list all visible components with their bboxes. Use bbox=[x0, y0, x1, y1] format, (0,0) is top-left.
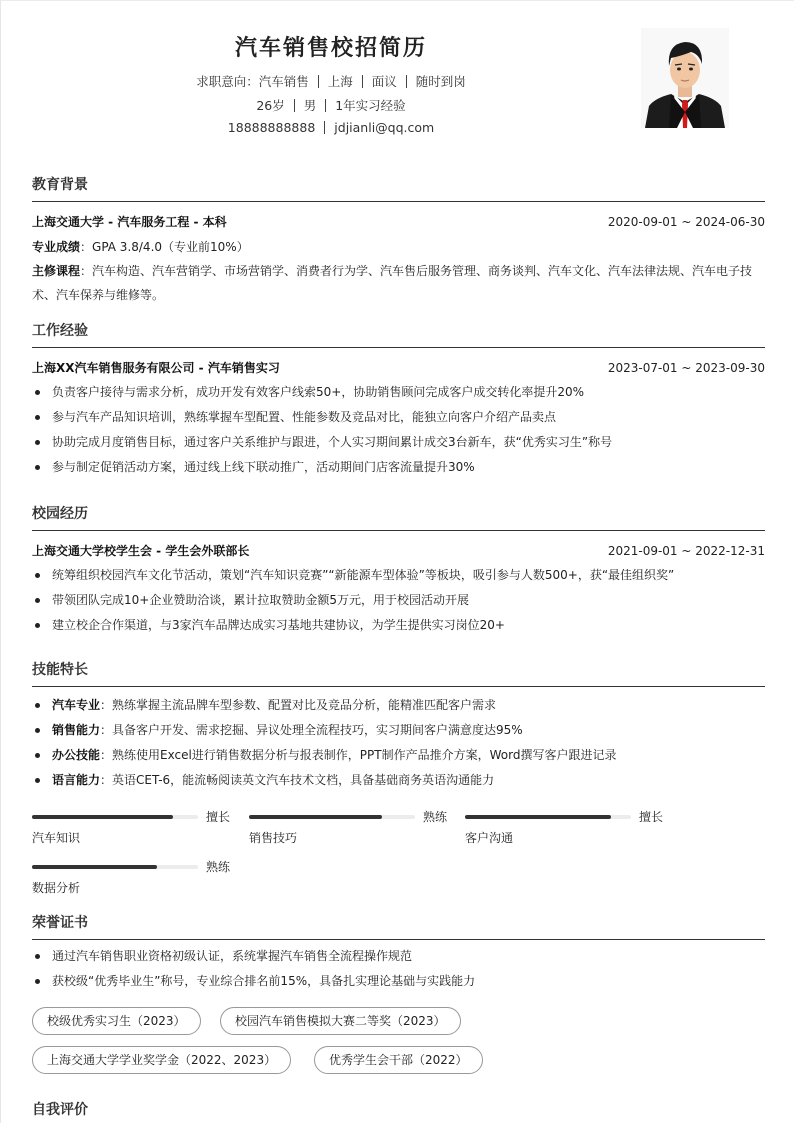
section-skills: 技能特长 汽车专业：熟练掌握主流品牌车型参数、配置对比及竞品分析，能精准匹配客户… bbox=[32, 660, 765, 793]
resume-page: 汽车销售校招简历 求职意向：汽车销售上海面议随时到岗 26岁男1年实习经验 18… bbox=[0, 0, 794, 1123]
skill-label: 办公技能 bbox=[52, 748, 100, 762]
skill-name: 数据分析 bbox=[32, 879, 80, 896]
person-portrait-icon bbox=[641, 28, 729, 128]
skill-level: 擅长 bbox=[639, 808, 663, 825]
section-divider bbox=[32, 686, 765, 687]
skill-text: ：熟练掌握主流品牌车型参数、配置对比及竞品分析，能精准匹配客户需求 bbox=[100, 698, 496, 712]
list-item: 语言能力：英语CET-6，能流畅阅读英文汽车技术文档，具备基础商务英语沟通能力 bbox=[32, 768, 765, 793]
list-item: 通过汽车销售职业资格初级认证，系统掌握汽车销售全流程操作规范 bbox=[32, 944, 765, 969]
skill-level: 擅长 bbox=[206, 808, 230, 825]
list-item: 参与汽车产品知识培训，熟练掌握车型配置、性能参数及竞品对比，能独立向客户介绍产品… bbox=[32, 405, 765, 430]
avatar-photo bbox=[641, 28, 729, 128]
education-heading: 上海交通大学 - 汽车服务工程 - 本科 bbox=[32, 213, 227, 231]
honors-bullets: 通过汽车销售职业资格初级认证，系统掌握汽车销售全流程操作规范 获校级“优秀毕业生… bbox=[32, 944, 765, 994]
gender: 男 bbox=[304, 98, 317, 113]
section-divider bbox=[32, 347, 765, 348]
courses-label: 主修课程 bbox=[32, 264, 80, 278]
skill-bar-item: 擅长 汽车知识 bbox=[32, 810, 232, 850]
skill-bar-fill bbox=[32, 865, 157, 869]
skill-bar-track bbox=[249, 815, 415, 819]
skill-level: 熟练 bbox=[206, 858, 230, 875]
work-bullets: 负责客户接待与需求分析，成功开发有效客户线索50+，协助销售顾问完成客户成交转化… bbox=[32, 380, 765, 480]
honor-tag: 校园汽车销售模拟大赛二等奖（2023） bbox=[220, 1007, 461, 1035]
skill-level: 熟练 bbox=[423, 808, 447, 825]
job-intent-line: 求职意向：汽车销售上海面议随时到岗 bbox=[1, 72, 661, 90]
honor-tag: 上海交通大学学业奖学金（2022、2023） bbox=[32, 1046, 291, 1074]
gpa-value: ：GPA 3.8/4.0（专业前10%） bbox=[80, 240, 249, 254]
skill-name: 销售技巧 bbox=[249, 829, 297, 846]
list-item: 建立校企合作渠道，与3家汽车品牌达成实习基地共建协议，为学生提供实习岗位20+ bbox=[32, 613, 765, 638]
divider bbox=[362, 75, 363, 88]
list-item: 带领团队完成10+企业赞助洽谈，累计拉取赞助金额5万元，用于校园活动开展 bbox=[32, 588, 765, 613]
section-title: 工作经验 bbox=[32, 321, 765, 341]
list-item: 汽车专业：熟练掌握主流品牌车型参数、配置对比及竞品分析，能精准匹配客户需求 bbox=[32, 693, 765, 718]
gpa-label: 专业成绩 bbox=[32, 240, 80, 254]
age: 26岁 bbox=[256, 98, 284, 113]
campus-heading: 上海交通大学校学生会 - 学生会外联部长 bbox=[32, 542, 249, 560]
list-item: 获校级“优秀毕业生”称号，专业综合排名前15%，具备扎实理论基础与实践能力 bbox=[32, 969, 765, 994]
divider bbox=[325, 99, 326, 112]
section-divider bbox=[32, 530, 765, 531]
availability: 随时到岗 bbox=[416, 74, 466, 89]
job-intent: 求职意向：汽车销售 bbox=[196, 74, 309, 89]
skill-bar-fill bbox=[32, 815, 173, 819]
skills-bullets: 汽车专业：熟练掌握主流品牌车型参数、配置对比及竞品分析，能精准匹配客户需求 销售… bbox=[32, 693, 765, 793]
section-title: 技能特长 bbox=[32, 660, 765, 680]
gpa-line: 专业成绩：GPA 3.8/4.0（专业前10%） bbox=[32, 235, 765, 259]
skill-bar-track bbox=[465, 815, 631, 819]
skill-bar-item: 熟练 销售技巧 bbox=[249, 810, 449, 850]
section-campus-experience: 校园经历 上海交通大学校学生会 - 学生会外联部长 2021-09-01 ~ 2… bbox=[32, 504, 765, 638]
section-title: 荣誉证书 bbox=[32, 913, 765, 933]
honor-tag: 优秀学生会干部（2022） bbox=[314, 1046, 483, 1074]
salary: 面议 bbox=[372, 74, 397, 89]
work-heading: 上海XX汽车销售服务有限公司 - 汽车销售实习 bbox=[32, 359, 280, 377]
skill-text: ：英语CET-6，能流畅阅读英文汽车技术文档，具备基础商务英语沟通能力 bbox=[100, 773, 494, 787]
section-education: 教育背景 上海交通大学 - 汽车服务工程 - 本科 2020-09-01 ~ 2… bbox=[32, 175, 765, 307]
skill-name: 汽车知识 bbox=[32, 829, 80, 846]
skill-text: ：熟练使用Excel进行销售数据分析与报表制作，PPT制作产品推介方案，Word… bbox=[100, 748, 616, 762]
resume-header: 汽车销售校招简历 求职意向：汽车销售上海面议随时到岗 26岁男1年实习经验 18… bbox=[1, 1, 794, 151]
section-work-experience: 工作经验 上海XX汽车销售服务有限公司 - 汽车销售实习 2023-07-01 … bbox=[32, 321, 765, 480]
skill-bar-item: 熟练 数据分析 bbox=[32, 860, 232, 900]
work-entry-header: 上海XX汽车销售服务有限公司 - 汽车销售实习 2023-07-01 ~ 202… bbox=[32, 359, 765, 377]
campus-entry-header: 上海交通大学校学生会 - 学生会外联部长 2021-09-01 ~ 2022-1… bbox=[32, 542, 765, 560]
section-title: 自我评价 bbox=[32, 1100, 765, 1120]
skill-bar-fill bbox=[249, 815, 382, 819]
list-item: 销售能力：具备客户开发、需求挖掘、异议处理全流程技巧，实习期间客户满意度达95% bbox=[32, 718, 765, 743]
section-honors: 荣誉证书 通过汽车销售职业资格初级认证，系统掌握汽车销售全流程操作规范 获校级“… bbox=[32, 913, 765, 994]
divider bbox=[324, 121, 325, 134]
skill-bar-item: 擅长 客户沟通 bbox=[465, 810, 665, 850]
section-self-evaluation: 自我评价 bbox=[32, 1100, 765, 1120]
divider bbox=[318, 75, 319, 88]
list-item: 统筹组织校园汽车文化节活动，策划“汽车知识竞赛”“新能源车型体验”等板块，吸引参… bbox=[32, 563, 765, 588]
list-item: 参与制定促销活动方案，通过线上线下联动推广，活动期间门店客流量提升30% bbox=[32, 455, 765, 480]
education-dates: 2020-09-01 ~ 2024-06-30 bbox=[608, 213, 765, 231]
list-item: 负责客户接待与需求分析，成功开发有效客户线索50+，协助销售顾问完成客户成交转化… bbox=[32, 380, 765, 405]
section-divider bbox=[32, 939, 765, 940]
location: 上海 bbox=[328, 74, 353, 89]
campus-dates: 2021-09-01 ~ 2022-12-31 bbox=[608, 542, 765, 560]
experience-years: 1年实习经验 bbox=[335, 98, 405, 113]
section-divider bbox=[32, 201, 765, 202]
education-entry-header: 上海交通大学 - 汽车服务工程 - 本科 2020-09-01 ~ 2024-0… bbox=[32, 213, 765, 231]
contact-line: 18888888888jdjianli@qq.com bbox=[1, 120, 661, 135]
skill-bar-fill bbox=[465, 815, 611, 819]
skill-text: ：具备客户开发、需求挖掘、异议处理全流程技巧，实习期间客户满意度达95% bbox=[100, 723, 523, 737]
skill-label: 汽车专业 bbox=[52, 698, 100, 712]
skill-bar-track bbox=[32, 865, 198, 869]
phone: 18888888888 bbox=[228, 120, 315, 135]
list-item: 协助完成月度销售目标，通过客户关系维护与跟进，个人实习期间累计成交3台新车，获“… bbox=[32, 430, 765, 455]
list-item: 办公技能：熟练使用Excel进行销售数据分析与报表制作，PPT制作产品推介方案，… bbox=[32, 743, 765, 768]
skill-label: 销售能力 bbox=[52, 723, 100, 737]
work-dates: 2023-07-01 ~ 2023-09-30 bbox=[608, 359, 765, 377]
resume-title: 汽车销售校招简历 bbox=[1, 31, 661, 62]
honor-tag: 校级优秀实习生（2023） bbox=[32, 1007, 201, 1035]
divider bbox=[294, 99, 295, 112]
email: jdjianli@qq.com bbox=[334, 120, 434, 135]
skill-name: 客户沟通 bbox=[465, 829, 513, 846]
campus-bullets: 统筹组织校园汽车文化节活动，策划“汽车知识竞赛”“新能源车型体验”等板块，吸引参… bbox=[32, 563, 765, 638]
section-title: 校园经历 bbox=[32, 504, 765, 524]
courses-value: ：汽车构造、汽车营销学、市场营销学、消费者行为学、汽车售后服务管理、商务谈判、汽… bbox=[32, 264, 752, 302]
courses-line: 主修课程：汽车构造、汽车营销学、市场营销学、消费者行为学、汽车售后服务管理、商务… bbox=[32, 259, 765, 307]
personal-info-line: 26岁男1年实习经验 bbox=[1, 96, 661, 114]
skill-bar-track bbox=[32, 815, 198, 819]
skill-label: 语言能力 bbox=[52, 773, 100, 787]
section-title: 教育背景 bbox=[32, 175, 765, 195]
divider bbox=[406, 75, 407, 88]
